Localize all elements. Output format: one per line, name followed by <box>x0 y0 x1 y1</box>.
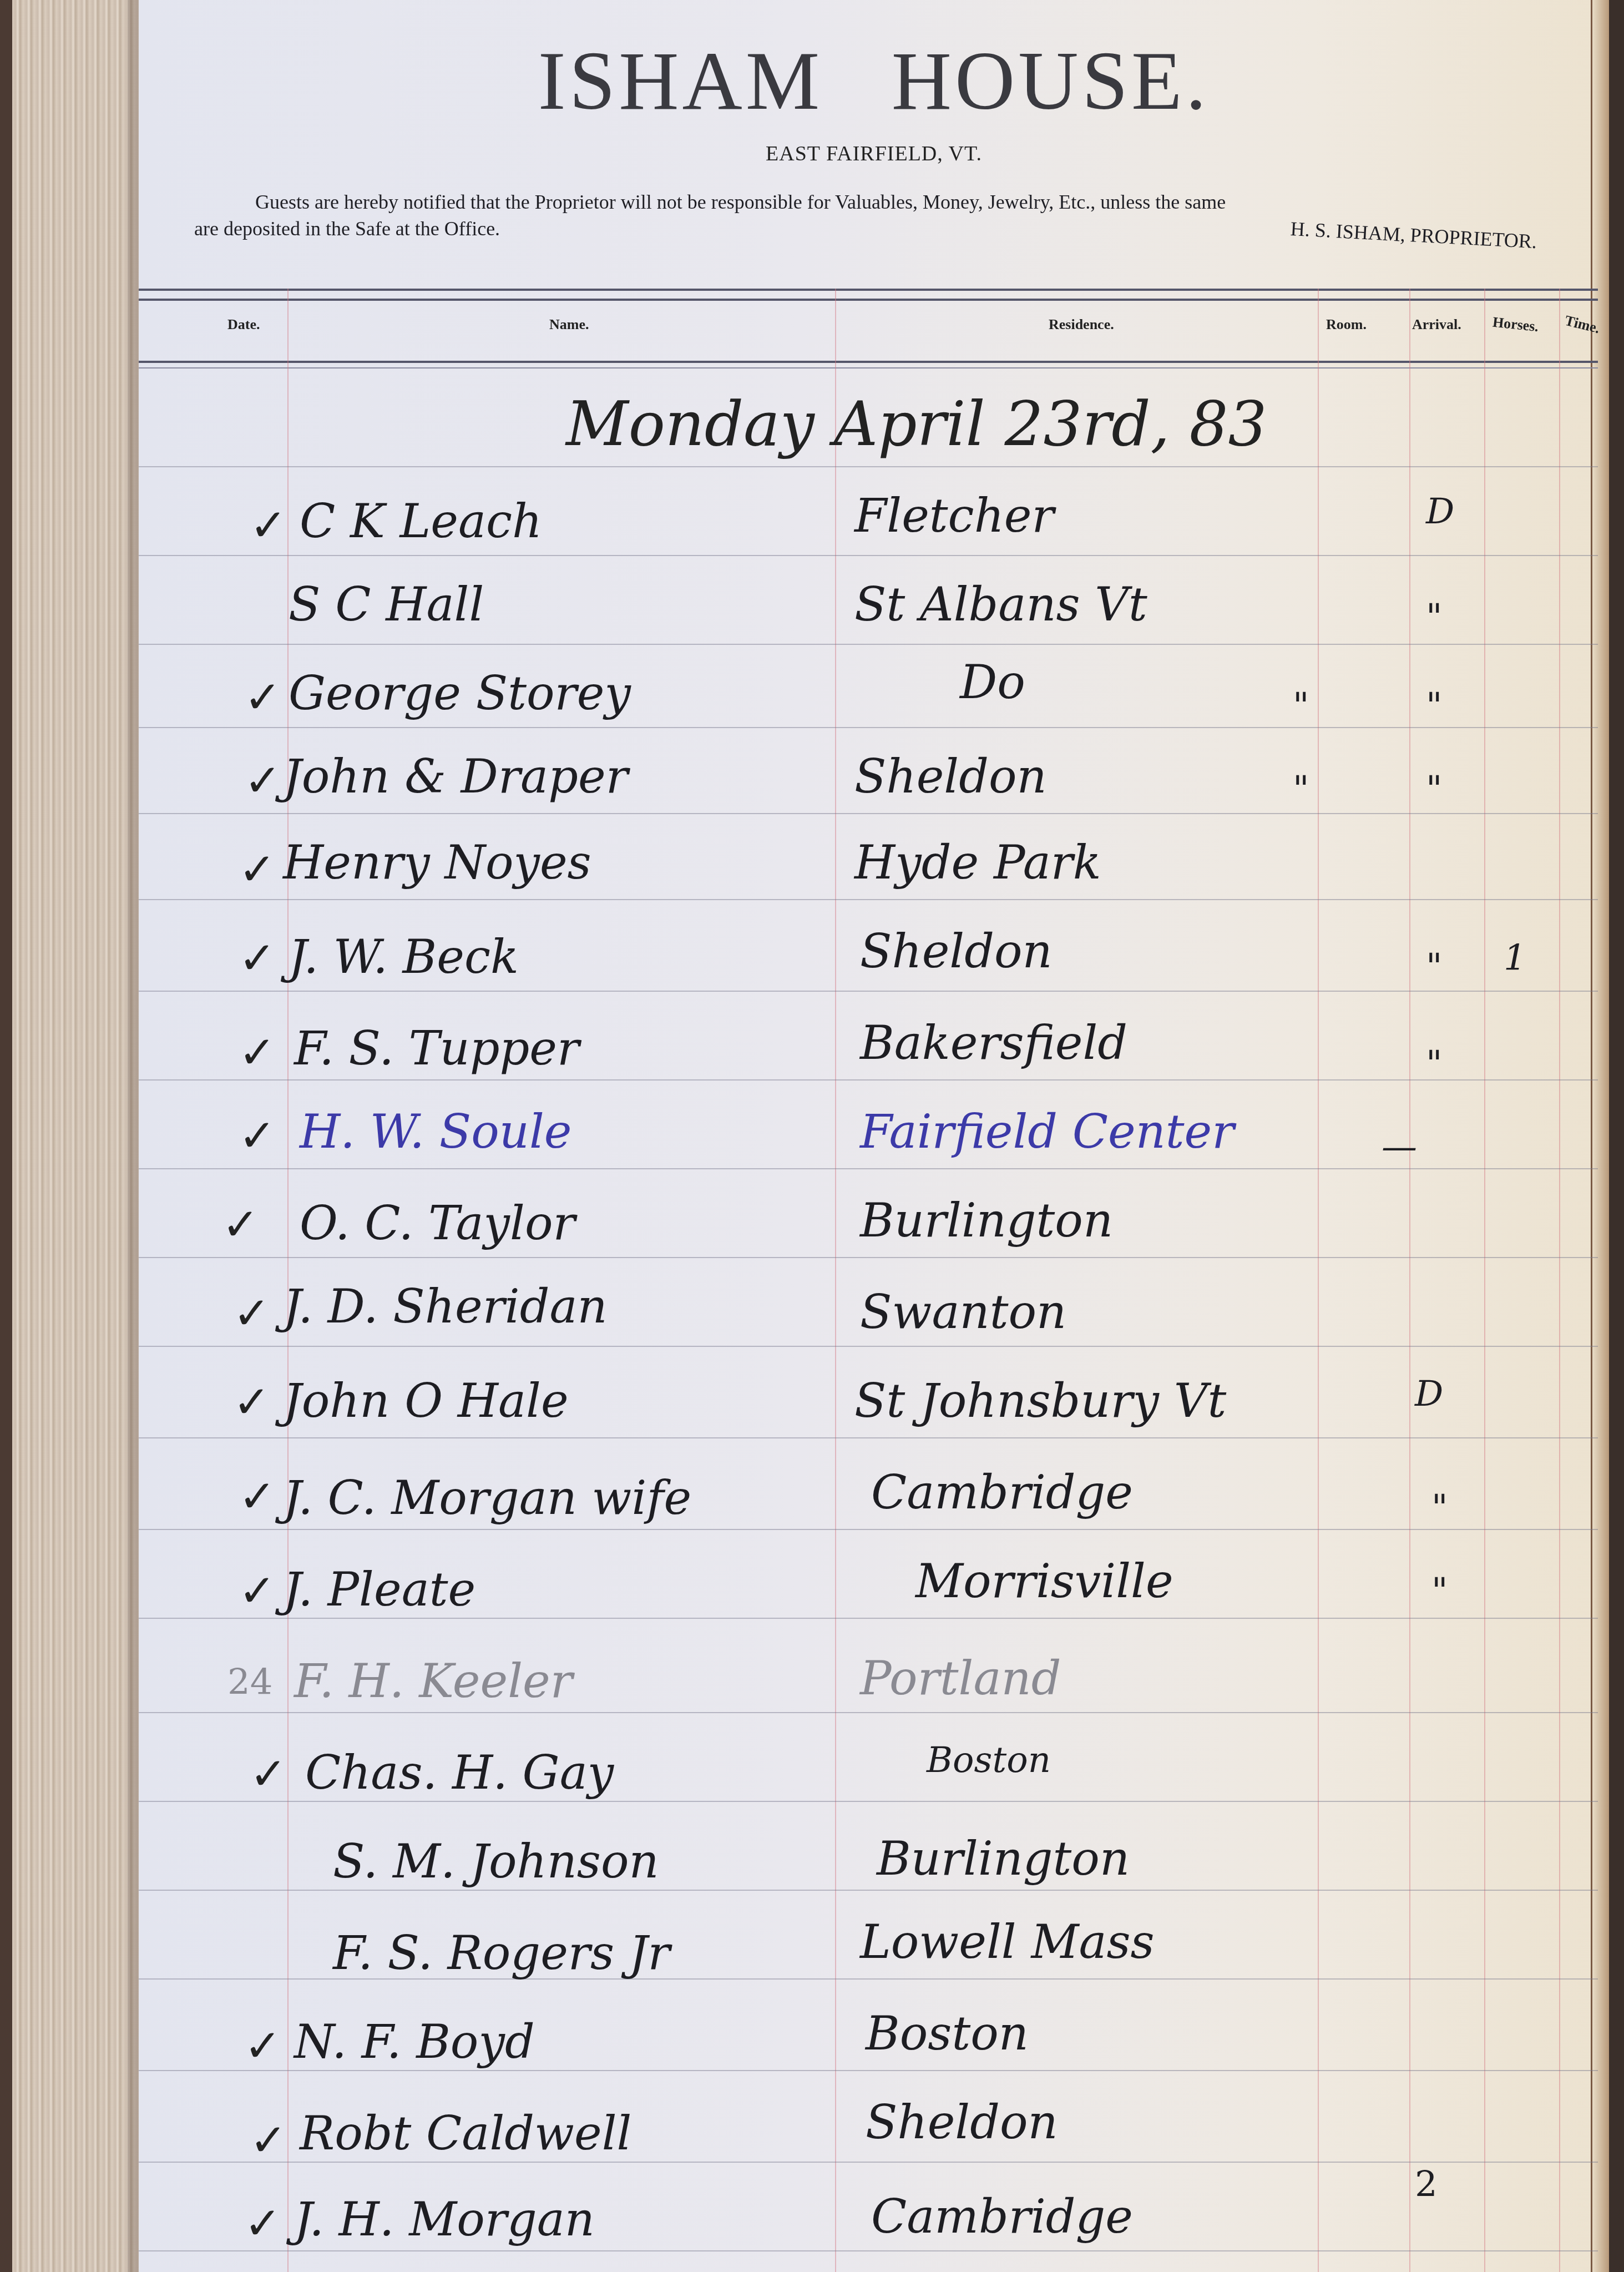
guest-name: Henry Noyes <box>283 835 591 890</box>
entry-date: 24 <box>227 1662 272 1703</box>
room-mark: " <box>1293 685 1309 726</box>
guest-name: O. C. Taylor <box>300 1196 575 1250</box>
check-mark-icon: ✓ <box>250 2114 287 2166</box>
check-mark-icon: ✓ <box>239 1110 276 1162</box>
ruled-line <box>139 1712 1598 1713</box>
ruled-line <box>139 1529 1598 1530</box>
horses-count: 1 <box>1504 938 1526 979</box>
guest-name: H. W. Soule <box>300 1104 572 1159</box>
guest-name: Chas. H. Gay <box>305 1745 614 1800</box>
register-page: ISHAM HOUSE. EAST FAIRFIELD, VT. Guests … <box>139 0 1609 2272</box>
ruled-line <box>139 644 1598 645</box>
guest-notice: Guests are hereby notified that the Prop… <box>194 189 1576 242</box>
arrival-mark: " <box>1426 946 1442 987</box>
check-mark-icon: ✓ <box>233 1288 270 1339</box>
column-header-residence: Residence. <box>1049 316 1114 333</box>
guest-residence: Portland <box>860 1651 1061 1705</box>
guest-name: S. M. Johnson <box>333 1834 659 1889</box>
title-word: HOUSE. <box>892 33 1210 129</box>
column-divider <box>835 289 836 2272</box>
guest-name: John & Draper <box>283 749 628 804</box>
arrival-mark: D <box>1426 491 1454 532</box>
guest-residence: Sheldon <box>854 749 1047 804</box>
column-header-room: Room. <box>1326 316 1367 333</box>
guest-name: George Storey <box>289 666 631 720</box>
check-mark-icon: ✓ <box>239 1565 276 1617</box>
guest-residence: Swanton <box>860 1285 1066 1339</box>
column-divider <box>1484 289 1485 2272</box>
ruled-line <box>139 2162 1598 2163</box>
arrival-mark: " <box>1431 1571 1448 1612</box>
column-header-name: Name. <box>549 316 589 333</box>
check-mark-icon: ✓ <box>250 499 287 551</box>
ruled-line <box>139 2250 1598 2251</box>
guest-name: F. S. Tupper <box>294 1021 579 1076</box>
ruled-line <box>139 1346 1598 1347</box>
arrival-mark: " <box>1426 685 1442 726</box>
check-mark-icon: ✓ <box>233 1376 270 1428</box>
arrival-mark: " <box>1426 1043 1442 1084</box>
check-mark-icon: ✓ <box>244 2198 281 2249</box>
ruled-line <box>139 1437 1598 1438</box>
guest-residence: Lowell Mass <box>860 1915 1155 1969</box>
ruled-line <box>139 2070 1598 2071</box>
check-mark-icon: ✓ <box>250 1748 287 1800</box>
check-mark-icon: ✓ <box>244 755 281 806</box>
column-header-date: Date. <box>227 316 260 333</box>
hotel-title: ISHAM HOUSE. <box>139 33 1609 129</box>
column-header-arrival: Arrival. <box>1412 316 1461 333</box>
check-mark-icon: ✓ <box>239 1471 276 1522</box>
arrival-mark: " <box>1426 769 1442 810</box>
guest-residence: Sheldon <box>866 2095 1058 2149</box>
ruled-line <box>139 1079 1598 1081</box>
guest-name: S C Hall <box>289 577 484 632</box>
book-page-edges <box>0 0 144 2272</box>
ruled-line <box>139 1618 1598 1619</box>
guest-residence: Cambridge <box>871 2189 1133 2244</box>
arrival-mark: D <box>1415 1374 1443 1415</box>
column-divider <box>1559 289 1560 2272</box>
notice-line-2: are deposited in the Safe at the Office. <box>194 215 500 242</box>
guest-residence: St Albans Vt <box>854 577 1147 632</box>
guest-name: J. H. Morgan <box>294 2192 595 2246</box>
guest-residence: Hyde Park <box>854 835 1101 890</box>
check-mark-icon: ✓ <box>239 932 276 984</box>
guest-residence: St Johnsbury Vt <box>854 1374 1226 1428</box>
arrival-mark: 2 <box>1415 2164 1438 2205</box>
ruled-line <box>139 727 1598 728</box>
title-word: ISHAM <box>538 33 823 129</box>
hotel-location: EAST FAIRFIELD, VT. <box>139 142 1609 166</box>
guest-name: F. S. Rogers Jr <box>333 1926 670 1980</box>
ruled-line <box>139 555 1598 556</box>
guest-residence: Fletcher <box>854 488 1054 543</box>
guest-residence: Bakersfield <box>860 1016 1127 1070</box>
room-mark: " <box>1293 769 1309 810</box>
ruled-line <box>139 1168 1598 1169</box>
ruled-line <box>139 991 1598 992</box>
ruled-line <box>139 899 1598 900</box>
guest-name: F. H. Keeler <box>294 1654 573 1708</box>
room-mark: — <box>1382 1127 1417 1168</box>
guest-name: N. F. Boyd <box>294 2014 535 2069</box>
notice-line-1: Guests are hereby notified that the Prop… <box>194 189 1576 215</box>
guest-name: J. D. Sheridan <box>283 1279 608 1334</box>
guest-residence: Morrisville <box>915 1554 1173 1608</box>
column-divider <box>1409 289 1410 2272</box>
guest-name: J. W. Beck <box>289 930 519 984</box>
header-rule-top <box>139 289 1598 301</box>
guest-residence: Cambridge <box>871 1465 1133 1519</box>
check-mark-icon: ✓ <box>244 2020 281 2072</box>
check-mark-icon: ✓ <box>239 844 276 895</box>
page-right-edge <box>1591 0 1609 2272</box>
check-mark-icon: ✓ <box>222 1199 259 1250</box>
guest-name: C K Leach <box>300 494 542 548</box>
guest-residence: Boston <box>927 1740 1051 1781</box>
arrival-mark: " <box>1431 1487 1448 1528</box>
guest-name: J. Pleate <box>283 1562 475 1617</box>
guest-name: J. C. Morgan wife <box>283 1471 691 1525</box>
ruled-line <box>139 1257 1598 1258</box>
guest-residence: Boston <box>866 2006 1029 2061</box>
arrival-mark: " <box>1426 597 1442 638</box>
guest-residence: Fairfield Center <box>860 1104 1234 1159</box>
ruled-line <box>139 1890 1598 1891</box>
guest-residence: Do <box>960 655 1025 709</box>
guest-residence: Burlington <box>877 1831 1130 1886</box>
header-rule-bottom <box>139 361 1598 368</box>
ruled-line <box>139 813 1598 814</box>
check-mark-icon: ✓ <box>244 671 281 723</box>
column-divider <box>1318 289 1319 2272</box>
ruled-line <box>139 1801 1598 1802</box>
guest-name: John O Hale <box>283 1374 569 1428</box>
date-heading: Monday April 23rd, 83 <box>566 388 1267 460</box>
guest-residence: Burlington <box>860 1193 1113 1248</box>
proprietor-signature: H. S. ISHAM, PROPRIETOR. <box>1289 215 1537 255</box>
guest-residence: Sheldon <box>860 924 1053 978</box>
ruled-line <box>139 466 1598 467</box>
check-mark-icon: ✓ <box>239 1027 276 1078</box>
guest-name: Robt Caldwell <box>300 2106 631 2160</box>
column-header-horses: Horses. <box>1492 314 1540 336</box>
